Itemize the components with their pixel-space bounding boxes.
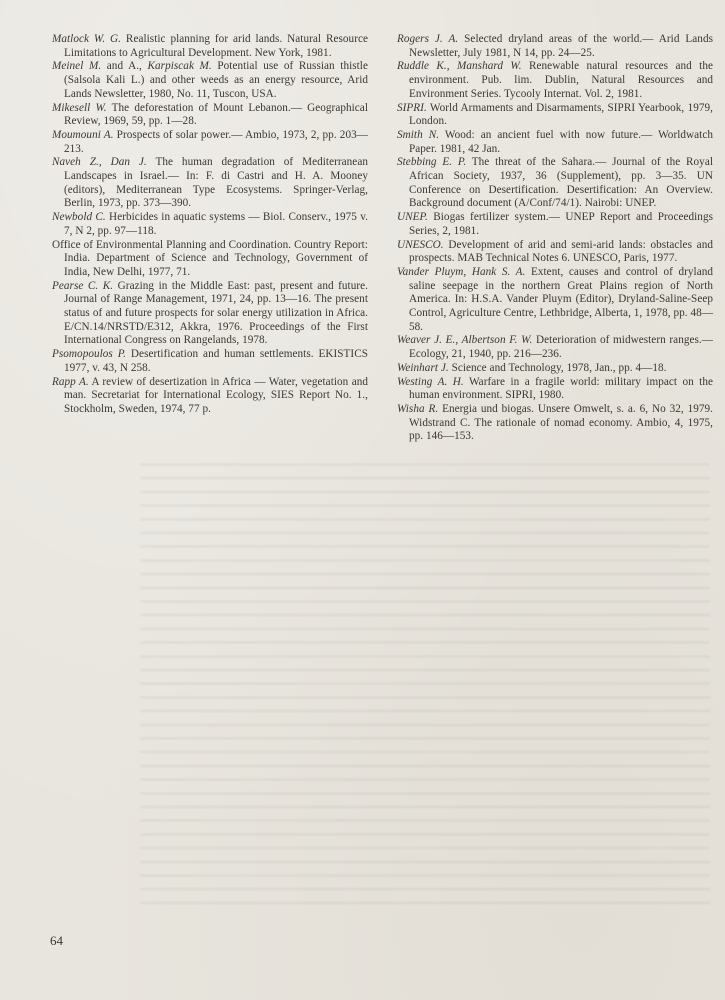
reference-author: Mikesell W.: [52, 102, 107, 114]
reference-text: Herbicides in aquatic systems — Biol. Co…: [64, 211, 368, 237]
reference-entry: Vander Pluym, Hank S. A. Extent, causes …: [397, 266, 713, 335]
reference-text: Wood: an ancient fuel with now future.— …: [409, 129, 713, 155]
reference-author: Meinel M.: [52, 60, 101, 72]
reference-author: Karpiscak M.: [148, 60, 212, 72]
reference-author: SIPRI.: [397, 102, 427, 114]
reference-author: Wisha R.: [397, 403, 438, 415]
reference-author: Vander Pluym, Hank S. A.: [397, 266, 525, 278]
reference-author: Naveh Z., Dan J.: [52, 156, 147, 168]
reference-entry: Matlock W. G. Realistic planning for ari…: [52, 33, 368, 60]
reference-entry: Westing A. H. Warfare in a fragile world…: [397, 376, 713, 403]
reference-entry: Meinel M. and A., Karpiscak M. Potential…: [52, 60, 368, 101]
reference-entry: Stebbing E. P. The threat of the Sahara.…: [397, 156, 713, 211]
reference-entry: Newbold C. Herbicides in aquatic systems…: [52, 211, 368, 238]
reference-author: Ruddle K., Manshard W.: [397, 60, 522, 72]
reference-entry: UNESCO. Development of arid and semi-ari…: [397, 239, 713, 266]
reference-entry: Moumouni A. Prospects of solar power.— A…: [52, 129, 368, 156]
reference-author: Matlock W. G.: [52, 33, 121, 45]
reference-author: UNEP.: [397, 211, 428, 223]
reference-entry: Psomopoulos P. Desertification and human…: [52, 348, 368, 375]
reference-text: Biogas fertilizer system.— UNEP Report a…: [409, 211, 713, 237]
reference-text: A review of desertization in Africa — Wa…: [64, 376, 368, 415]
reference-entry: Naveh Z., Dan J. The human degradation o…: [52, 156, 368, 211]
reference-text: and A.,: [101, 60, 147, 72]
page-number: 64: [50, 933, 63, 949]
reference-entry: SIPRI. World Armaments and Disarmaments,…: [397, 102, 713, 129]
reference-entry: Weinhart J. Science and Technology, 1978…: [397, 362, 713, 376]
reference-text: The deforestation of Mount Lebanon.— Geo…: [64, 102, 368, 128]
reference-entry: Weaver J. E., Albertson F. W. Deteriorat…: [397, 334, 713, 361]
reference-text: Science and Technology, 1978, Jan., pp. …: [449, 362, 667, 374]
reference-author: Weinhart J.: [397, 362, 449, 374]
reference-entry: Ruddle K., Manshard W. Renewable natural…: [397, 60, 713, 101]
reference-author: Smith N.: [397, 129, 439, 141]
reference-text: Development of arid and semi-arid lands:…: [409, 239, 713, 265]
reference-text: World Armaments and Disarmaments, SIPRI …: [409, 102, 713, 128]
reference-author: Stebbing E. P.: [397, 156, 466, 168]
reference-entry: UNEP. Biogas fertilizer system.— UNEP Re…: [397, 211, 713, 238]
reference-author: Newbold C.: [52, 211, 106, 223]
references-right-column: Rogers J. A. Selected dryland areas of t…: [397, 33, 713, 444]
reference-author: Rogers J. A.: [397, 33, 458, 45]
reference-author: Rapp A.: [52, 376, 89, 388]
reference-author: Westing A. H.: [397, 376, 464, 388]
reference-text: Energia und biogas. Unsere Omwelt, s. a.…: [409, 403, 713, 442]
reference-entry: Office of Environmental Planning and Coo…: [52, 239, 368, 280]
references-left-column: Matlock W. G. Realistic planning for ari…: [52, 33, 368, 417]
reference-author: Pearse C. K.: [52, 280, 113, 292]
reference-entry: Mikesell W. The deforestation of Mount L…: [52, 102, 368, 129]
reference-author: Psomopoulos P.: [52, 348, 126, 360]
reference-author: Weaver J. E., Albertson F. W.: [397, 334, 532, 346]
reference-entry: Pearse C. K. Grazing in the Middle East:…: [52, 280, 368, 349]
reverse-page-show-through: [140, 455, 710, 915]
reference-entry: Rapp A. A review of desertization in Afr…: [52, 376, 368, 417]
reference-text: Office of Environmental Planning and Coo…: [52, 239, 368, 278]
reference-author: Moumouni A.: [52, 129, 114, 141]
reference-author: UNESCO.: [397, 239, 444, 251]
reference-entry: Rogers J. A. Selected dryland areas of t…: [397, 33, 713, 60]
reference-entry: Wisha R. Energia und biogas. Unsere Omwe…: [397, 403, 713, 444]
reference-entry: Smith N. Wood: an ancient fuel with now …: [397, 129, 713, 156]
